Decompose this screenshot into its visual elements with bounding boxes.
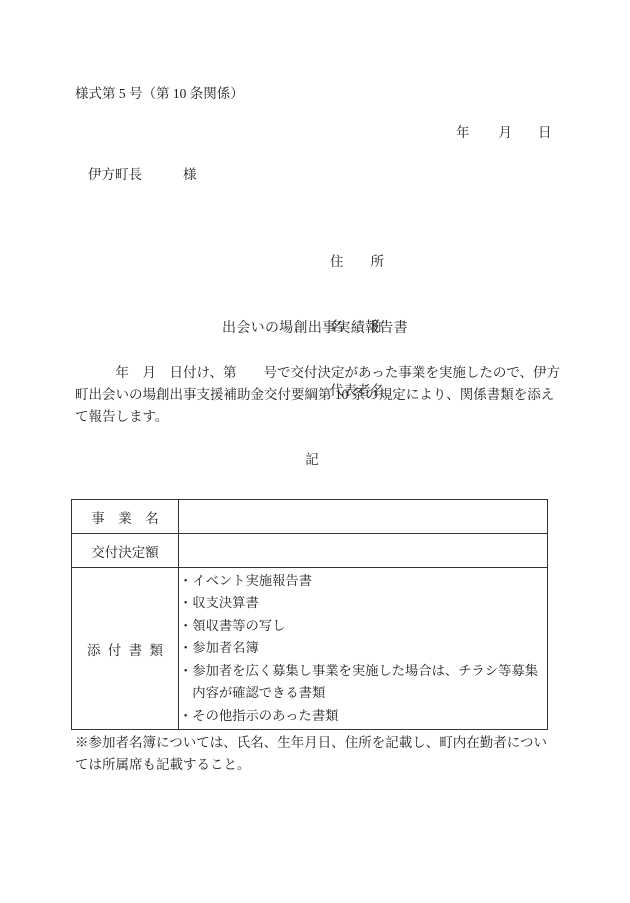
table-row: 事 業 名: [72, 500, 548, 534]
date-day-label: 日: [538, 125, 552, 140]
document-title: 出会いの場創出事実績報告書: [0, 317, 630, 337]
document-page: 様式第 5 号（第 10 条関係） 年月日 伊方町長様 住 所 名 称 代表者名…: [0, 0, 630, 903]
row-value-business-name: [179, 500, 548, 534]
recipient-honorific: 様: [183, 167, 197, 182]
row-label-attachments: 添 付 書 類: [72, 568, 179, 730]
attachment-item: ・参加者を広く募集し事業を実施した場合は、チラシ等募集内容が確認できる書類: [179, 660, 547, 705]
body-paragraph: 年 月 日付け、第 号で交付決定があった事業を実施したので、伊方 町出会いの場創…: [75, 362, 575, 428]
row-value-grant-amount: [179, 534, 548, 568]
report-table: 事 業 名 交付決定額 添 付 書 類 ・イベント実施報告書 ・収支決算書 ・領…: [71, 499, 548, 730]
attachment-item: ・領収書等の写し: [179, 615, 547, 637]
body-line: 町出会いの場創出事支援補助金交付要綱第 10 条の規定により、関係書類を添え: [75, 384, 575, 406]
attachments-list: ・イベント実施報告書 ・収支決算書 ・領収書等の写し ・参加者名簿 ・参加者を広…: [179, 568, 548, 730]
table-row: 交付決定額: [72, 534, 548, 568]
record-mark: 記: [0, 448, 624, 468]
date-month-label: 月: [499, 125, 513, 140]
footnote-line: ては所属席も記載すること。: [75, 754, 547, 776]
recipient-line: 伊方町長様: [88, 163, 197, 183]
recipient-name: 伊方町長: [88, 167, 142, 182]
attachment-item: ・イベント実施報告書: [179, 570, 547, 592]
date-year-label: 年: [456, 125, 470, 140]
row-label-business-name: 事 業 名: [72, 500, 179, 534]
date-line: 年月日: [456, 121, 552, 141]
footnote: ※参加者名簿については、氏名、生年月日、住所を記載し、町内在勤者につい ては所属…: [75, 732, 547, 776]
attachment-item: ・参加者名簿: [179, 637, 547, 659]
body-line: 年 月 日付け、第 号で交付決定があった事業を実施したので、伊方: [75, 362, 575, 384]
form-number: 様式第 5 号（第 10 条関係）: [75, 82, 244, 102]
row-label-grant-amount: 交付決定額: [72, 534, 179, 568]
attachment-item: ・その他指示のあった書類: [179, 705, 547, 727]
attachment-item: ・収支決算書: [179, 592, 547, 614]
footnote-line: ※参加者名簿については、氏名、生年月日、住所を記載し、町内在勤者につい: [75, 732, 547, 754]
body-line: て報告します。: [75, 406, 575, 428]
sender-address-label: 住 所: [330, 251, 384, 273]
table-row: 添 付 書 類 ・イベント実施報告書 ・収支決算書 ・領収書等の写し ・参加者名…: [72, 568, 548, 730]
